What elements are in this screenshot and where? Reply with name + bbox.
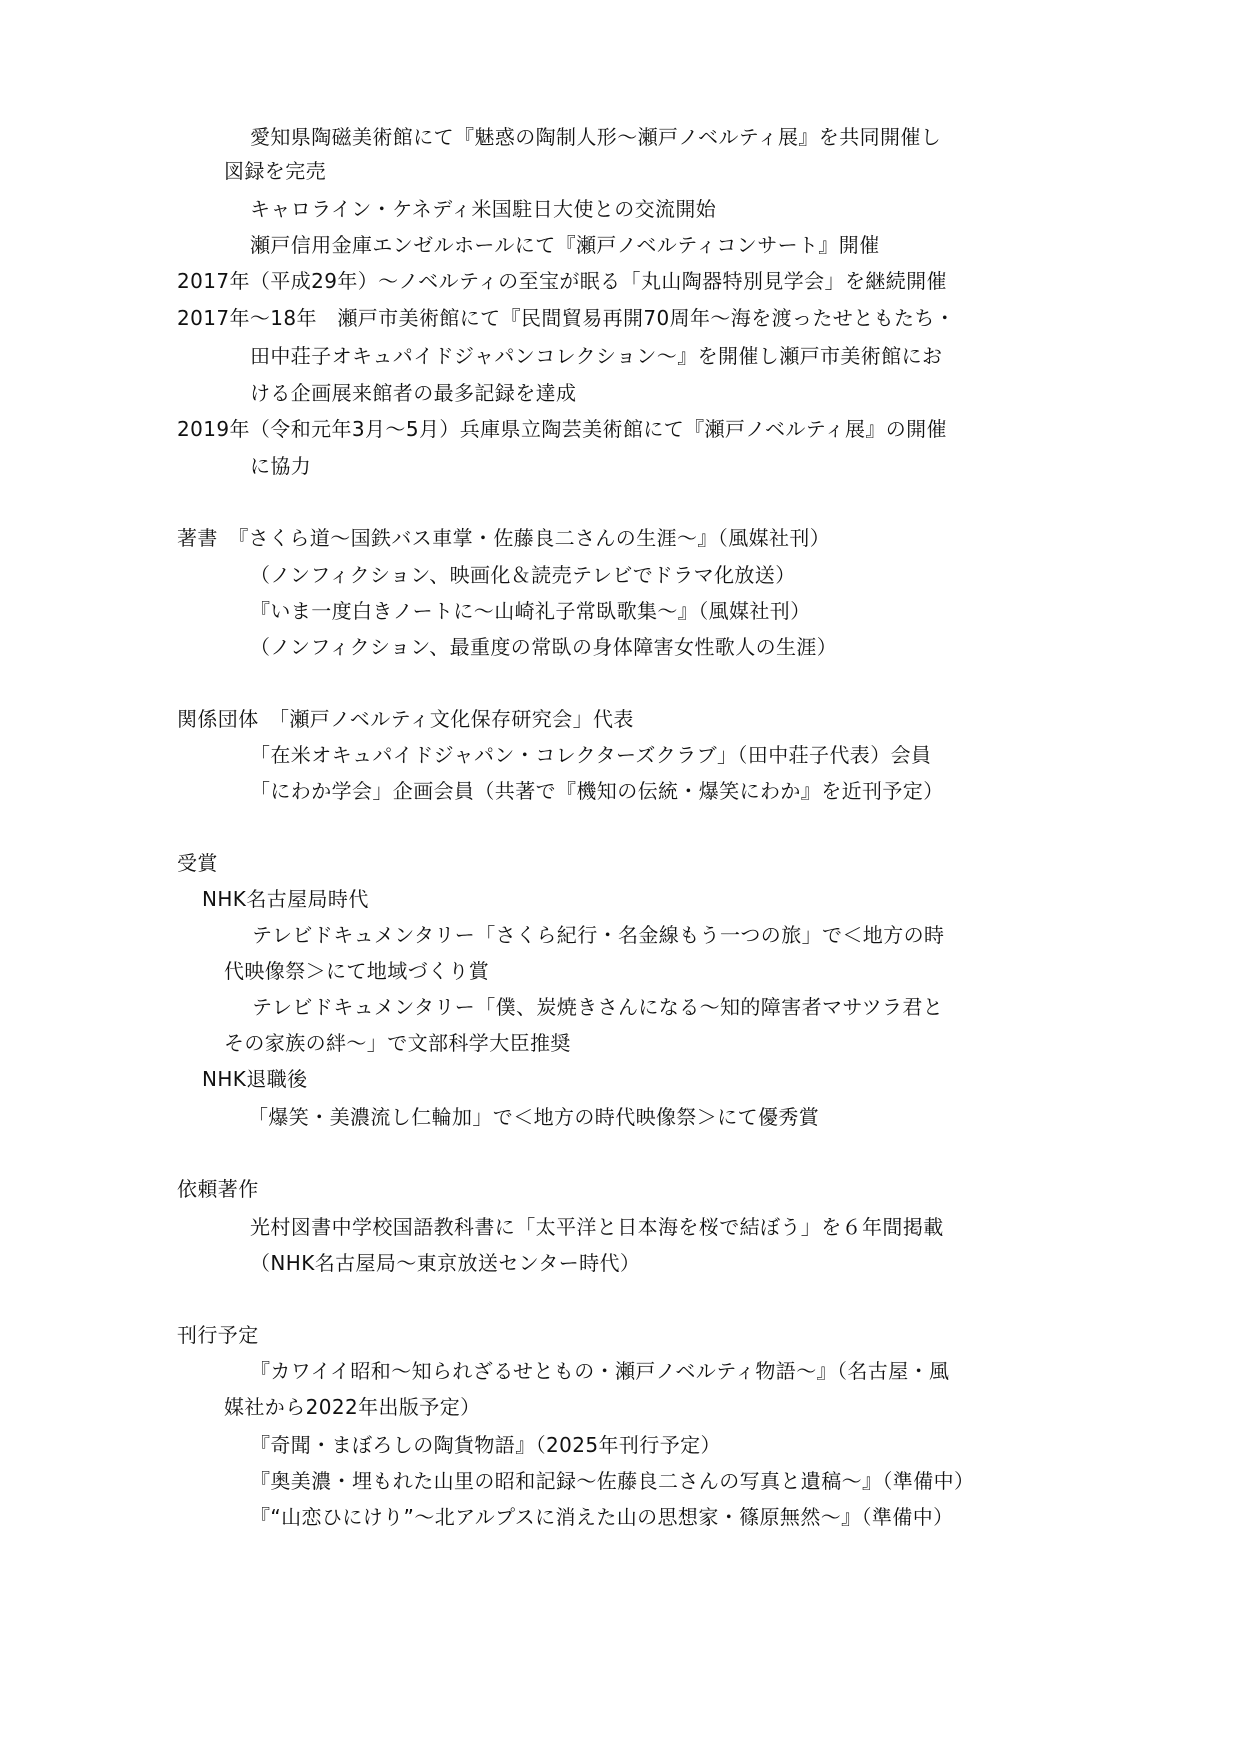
text-line: 2017年～18年 瀬戸市美術館にて『民間貿易再開70周年～海を渡ったせともたち…: [177, 305, 955, 331]
text-line: （ノンフィクション、映画化＆読売テレビでドラマ化放送）: [250, 562, 796, 588]
text-line: 瀬戸信用金庫エンゼルホールにて『瀬戸ノベルティコンサート』開催: [250, 232, 880, 258]
text-line: 媒社から2022年出版予定）: [224, 1394, 481, 1420]
text-line: 『奥美濃・埋もれた山里の昭和記録～佐藤良二さんの写真と遺稿～』（準備中）: [250, 1468, 974, 1494]
text-line: 『“山恋ひにけり”～北アルプスに消えた山の思想家・篠原無然～』（準備中）: [250, 1504, 954, 1530]
text-line: 「爆笑・美濃流し仁輪加」で＜地方の時代映像祭＞にて優秀賞: [248, 1104, 819, 1130]
text-line: 「にわか学会」企画会員（共著で『機知の伝統・爆笑にわか』を近刊予定）: [250, 778, 944, 804]
text-line: 愛知県陶磁美術館にて『魅惑の陶制人形～瀬戸ノベルティ展』を共同開催し: [250, 124, 941, 150]
text-line: 関係団体 「瀬戸ノベルティ文化保存研究会」代表: [177, 706, 634, 732]
text-line: 光村図書中学校国語教科書に「太平洋と日本海を桜で結ぼう」を６年間掲載: [250, 1214, 944, 1240]
text-line: 刊行予定: [177, 1322, 259, 1348]
text-line: 『奇聞・まぼろしの陶貨物語』（2025年刊行予定）: [250, 1432, 721, 1458]
text-line: 代映像祭＞にて地域づくり賞: [224, 958, 489, 984]
text-line: キャロライン・ケネディ米国駐日大使との交流開始: [250, 196, 716, 222]
text-line: NHK名古屋局時代: [202, 886, 369, 912]
text-line: に協力: [250, 453, 311, 479]
text-line: テレビドキュメンタリー「僕、炭焼きさんになる～知的障害者マサツラ君と: [252, 994, 943, 1020]
text-line: 田中荘子オキュパイドジャパンコレクション～』を開催し瀬戸市美術館にお: [250, 343, 942, 369]
text-line: 図録を完売: [224, 158, 326, 184]
text-line: テレビドキュメンタリー「さくら紀行・名金線もう一つの旅」で＜地方の時: [252, 922, 944, 948]
text-line: 著書 『さくら道～国鉄バス車掌・佐藤良二さんの生涯～』（風媒社刊）: [177, 525, 830, 551]
text-line: （NHK名古屋局～東京放送センター時代）: [250, 1250, 640, 1276]
text-line: 『カワイイ昭和～知られざるせともの・瀬戸ノベルティ物語～』（名古屋・風: [250, 1358, 949, 1384]
text-line: 受賞: [177, 850, 218, 876]
text-line: NHK退職後: [202, 1066, 308, 1092]
text-line: 「在米オキュパイドジャパン・コレクターズクラブ」（田中荘子代表）会員: [250, 742, 931, 768]
text-line: 『いま一度白きノートに～山崎礼子常臥歌集～』（風媒社刊）: [250, 598, 811, 624]
text-line: 依頼著作: [177, 1176, 259, 1202]
text-line: 2017年（平成29年）～ノベルティの至宝が眠る「丸山陶器特別見学会」を継続開催: [177, 268, 947, 294]
text-line: その家族の絆～」で文部科学大臣推奨: [224, 1030, 571, 1056]
text-line: 2019年（令和元年3月～5月）兵庫県立陶芸美術館にて『瀬戸ノベルティ展』の開催: [177, 416, 947, 442]
text-line: ける企画展来館者の最多記録を達成: [250, 380, 576, 406]
text-line: （ノンフィクション、最重度の常臥の身体障害女性歌人の生涯）: [250, 634, 837, 660]
